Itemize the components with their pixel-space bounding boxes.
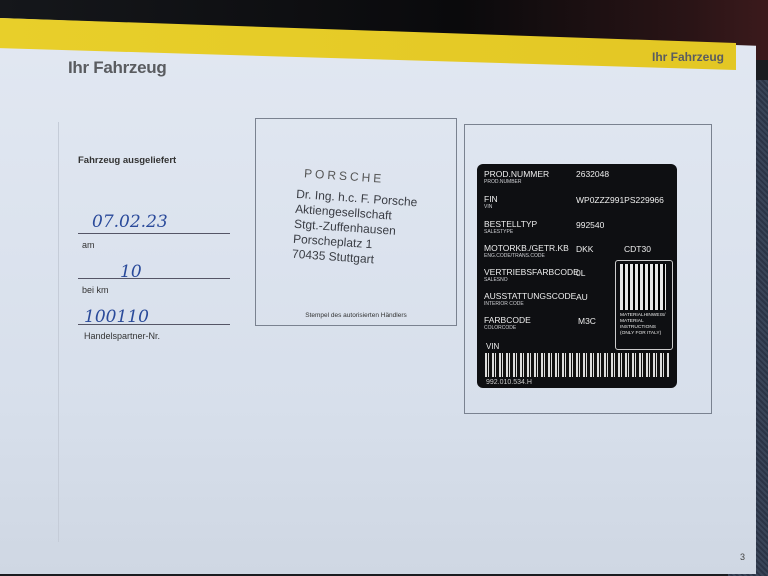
stamp-caption: Stempel des autorisierten Händlers [256,312,456,319]
engine-code-value: DKK [576,244,593,254]
km-label: bei km [82,285,109,295]
qr-code-icon [620,264,666,310]
delivery-heading: Fahrzeug ausgeliefert [78,155,176,166]
dealer-stamp-box: PORSCHE Dr. Ing. h.c. F. Porsche Aktieng… [255,118,457,326]
porsche-logo: PORSCHE [304,166,385,186]
vehicle-data-sticker: PROD.NUMMERPROD.NUMBER 2632048 FINVIN WP… [477,164,677,388]
row-vin: FINVIN [484,194,498,210]
prod-number-value: 2632048 [576,169,609,179]
material-instructions: MATERIALHINWEIS/ MATERIAL INSTRUCTIONS (… [620,313,666,337]
partner-line [78,324,230,325]
km-handwritten: 10 [120,262,142,282]
trans-code-value: CDT30 [624,244,651,254]
running-header: Ihr Fahrzeug [652,50,724,64]
date-label: am [82,240,95,250]
vin-value: WP0ZZZ991PS229966 [576,195,664,205]
km-line [78,278,230,279]
vin-barcode [485,353,669,377]
colorcode-value: M3C [578,316,596,326]
qr-code-block: MATERIALHINWEIS/ MATERIAL INSTRUCTIONS (… [615,260,673,350]
vin-barcode-label: VIN [486,342,499,351]
sticker-part-number: 992.010.534.H [486,379,532,386]
page-title: Ihr Fahrzeug [68,58,166,78]
interior-code-value: AU [576,292,588,302]
partner-label: Handelspartner-Nr. [84,331,160,341]
row-salestype: BESTELLTYPSALESTYPE [484,219,537,235]
salestype-value: 992540 [576,220,604,230]
date-line [78,233,230,234]
row-interior-code: AUSSTATTUNGSCODEINTERIOR CODE [484,291,576,307]
row-engine-code: MOTORKB./GETR.KBENG.CODE/TRANS.CODE [484,243,569,259]
row-color-code-sales: VERTRIEBSFARBCODESALESNO [484,267,579,283]
stamp-address: Dr. Ing. h.c. F. Porsche Aktiengesellsch… [292,187,418,270]
delivery-date-handwritten: 07.02.23 [92,212,168,232]
sales-color-value: 0L [576,268,585,278]
page-number: 3 [740,552,745,562]
row-colorcode: FARBCODECOLORCODE [484,315,531,331]
row-prod-number: PROD.NUMMERPROD.NUMBER [484,169,549,185]
